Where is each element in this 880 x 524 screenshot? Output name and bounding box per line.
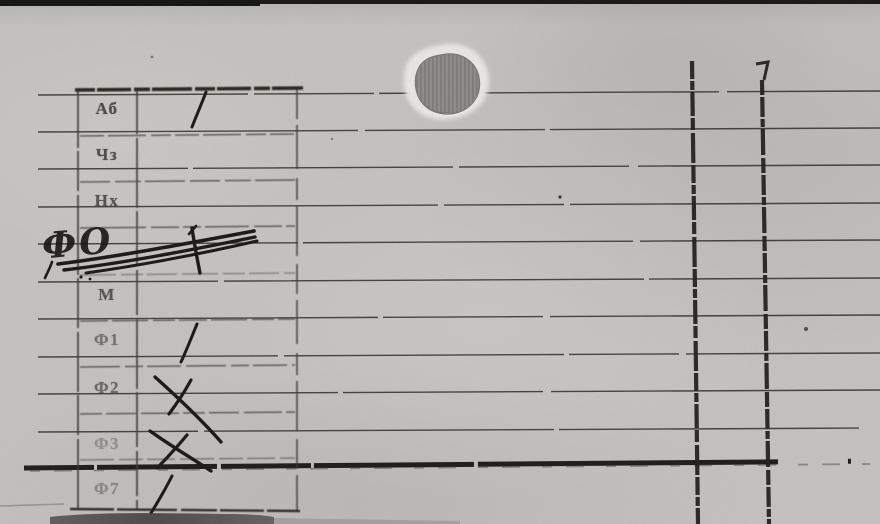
row-label-f3: Ф3 [78,434,136,458]
scanned-card: Аб Чз Нх М Ф1 Ф2 Ф3 Ф7 ФО [0,0,880,524]
row-label-f1: Ф1 [78,330,136,354]
row-label-ab: Аб [78,99,136,123]
row-label-f2: Ф2 [78,378,136,402]
handwritten-fo-label: ФО [40,219,123,268]
row-label-chz: Чз [78,145,136,169]
row-label-f7: Ф7 [78,479,136,503]
row-label-nkh: Нх [78,191,136,215]
row-label-m: М [78,285,136,309]
